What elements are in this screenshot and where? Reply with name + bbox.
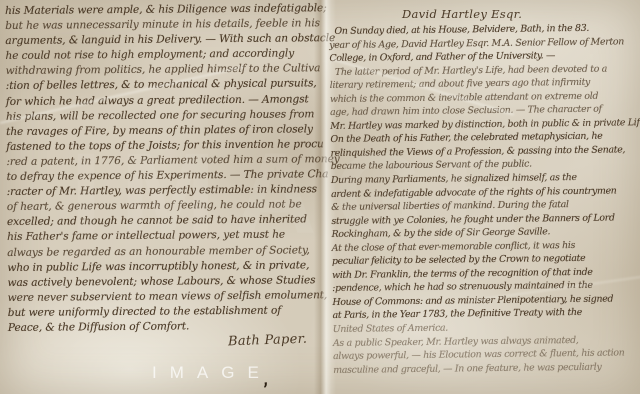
manuscript-line: to defray the expence of his Experiments… bbox=[6, 167, 323, 185]
manuscript-right-page: David Hartley Esqr. On Sunday died, at h… bbox=[326, 0, 640, 394]
manuscript-line: were never subservient to mean views of … bbox=[8, 288, 325, 306]
manuscript-scan-photo: his Materials were ample, & his Diligenc… bbox=[0, 0, 640, 394]
manuscript-line: of heart, & generous warmth of feeling, … bbox=[7, 197, 324, 215]
manuscript-left-page: his Materials were ample, & his Diligenc… bbox=[0, 0, 322, 394]
manuscript-line: withdrawing from politics, he applied hi… bbox=[6, 62, 323, 80]
manuscript-line: but he was unnecessarily minute in his d… bbox=[5, 16, 322, 34]
bath-paper-signoff: Bath Paper. bbox=[228, 332, 308, 350]
manuscript-line: masculine and graceful, — In one feature… bbox=[333, 360, 640, 377]
left-page-text: his Materials were ample, & his Diligenc… bbox=[0, 0, 325, 336]
manuscript-line: but were uniformly directed to the estab… bbox=[8, 303, 325, 321]
image-watermark: IMAGE bbox=[152, 363, 272, 383]
manuscript-line: always be regarded as an honourable memb… bbox=[7, 243, 324, 261]
